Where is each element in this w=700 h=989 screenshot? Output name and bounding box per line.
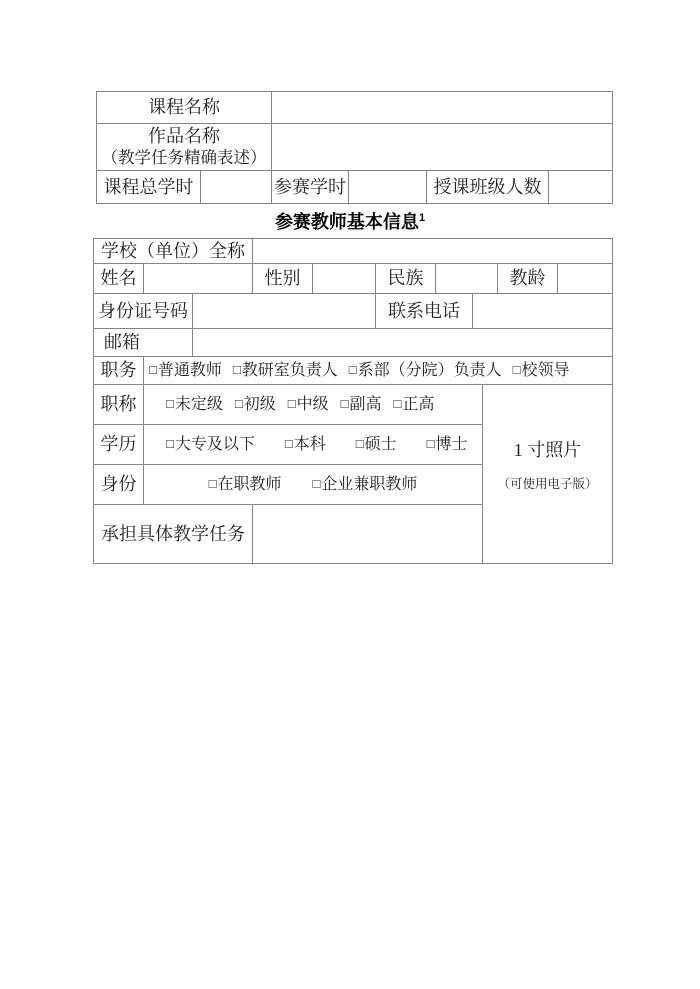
course-name-label: 课程名称 [97, 92, 272, 124]
school-label: 学校（单位）全称 [94, 239, 253, 264]
work-name-label: 作品名称 （教学任务精确表述） [97, 124, 272, 171]
photo-placeholder-cell[interactable]: 1 寸照片 （可使用电子版） [483, 385, 613, 564]
checkbox-option-label: 系部（分院）负责人 [358, 362, 502, 379]
class-size-field[interactable] [549, 171, 613, 204]
checkbox-icon: □ [356, 436, 364, 452]
checkbox-option-label: 副高 [349, 396, 381, 413]
position-checkbox-option[interactable]: □系部（分院）负责人 [349, 361, 502, 381]
teacher-info-table: 学校（单位）全称 姓名 性别 民族 教龄 身份证号码 联系电话 邮箱 职务 [93, 238, 613, 564]
teaching-years-field[interactable] [558, 264, 613, 294]
identity-options: □在职教师 □企业兼职教师 [144, 465, 483, 505]
checkbox-option-label: 硕士 [365, 436, 397, 453]
checkbox-icon: □ [149, 362, 157, 378]
teaching-task-label: 承担具体教学任务 [94, 505, 253, 564]
ethnicity-label: 民族 [376, 264, 436, 294]
identity-checkbox-option[interactable]: □企业兼职教师 [313, 475, 418, 495]
checkbox-icon: □ [166, 436, 174, 452]
phone-field[interactable] [473, 294, 613, 329]
position-options: □普通教师 □教研室负责人 □系部（分院）负责人 □校领导 [144, 357, 613, 385]
email-field[interactable] [193, 329, 613, 357]
course-name-field[interactable] [272, 92, 613, 124]
work-name-field[interactable] [272, 124, 613, 171]
checkbox-icon: □ [394, 396, 402, 412]
teaching-years-label: 教龄 [498, 264, 558, 294]
education-checkbox-option[interactable]: □本科 [285, 435, 326, 455]
checkbox-option-label: 本科 [294, 436, 326, 453]
checkbox-icon: □ [349, 362, 357, 378]
checkbox-icon: □ [313, 476, 321, 492]
total-hours-label: 课程总学时 [97, 171, 201, 204]
section-title: 参赛教师基本信息1 [0, 208, 700, 234]
work-name-label-line1: 作品名称 [97, 125, 271, 148]
course-info-table: 课程名称 作品名称 （教学任务精确表述） 课程总学时 参赛学时 授课班级人数 [96, 91, 613, 204]
professional-title-label: 职称 [94, 385, 144, 425]
checkbox-icon: □ [235, 396, 243, 412]
checkbox-option-label: 大专及以下 [175, 436, 255, 453]
education-checkbox-option[interactable]: □硕士 [356, 435, 397, 455]
email-label: 邮箱 [94, 329, 193, 357]
checkbox-icon: □ [427, 436, 435, 452]
professional-title-checkbox-option[interactable]: □副高 [341, 395, 382, 415]
position-checkbox-option[interactable]: □校领导 [513, 361, 570, 381]
name-field[interactable] [144, 264, 253, 294]
education-label: 学历 [94, 425, 144, 465]
checkbox-icon: □ [341, 396, 349, 412]
id-number-field[interactable] [193, 294, 376, 329]
gender-label: 性别 [253, 264, 313, 294]
checkbox-option-label: 企业兼职教师 [321, 476, 417, 493]
professional-title-checkbox-option[interactable]: □未定级 [166, 395, 223, 415]
position-label: 职务 [94, 357, 144, 385]
checkbox-option-label: 校领导 [521, 362, 569, 379]
competition-hours-label: 参赛学时 [272, 171, 349, 204]
professional-title-checkbox-option[interactable]: □初级 [235, 395, 276, 415]
document-page: 课程名称 作品名称 （教学任务精确表述） 课程总学时 参赛学时 授课班级人数 参… [0, 0, 700, 989]
checkbox-icon: □ [513, 362, 521, 378]
education-options: □大专及以下 □本科 □硕士 □博士 [144, 425, 483, 465]
phone-label: 联系电话 [376, 294, 473, 329]
checkbox-icon: □ [166, 396, 174, 412]
checkbox-icon: □ [288, 396, 296, 412]
school-field[interactable] [253, 239, 613, 264]
professional-title-options: □未定级 □初级 □中级 □副高 □正高 [144, 385, 483, 425]
ethnicity-field[interactable] [436, 264, 498, 294]
checkbox-option-label: 正高 [402, 396, 434, 413]
checkbox-option-label: 在职教师 [217, 476, 281, 493]
position-checkbox-option[interactable]: □教研室负责人 [233, 361, 338, 381]
checkbox-icon: □ [285, 436, 293, 452]
checkbox-option-label: 初级 [244, 396, 276, 413]
position-checkbox-option[interactable]: □普通教师 [149, 361, 222, 381]
class-size-label: 授课班级人数 [427, 171, 549, 204]
checkbox-option-label: 博士 [435, 436, 467, 453]
identity-label: 身份 [94, 465, 144, 505]
identity-checkbox-option[interactable]: □在职教师 [209, 475, 282, 495]
checkbox-icon: □ [209, 476, 217, 492]
name-label: 姓名 [94, 264, 144, 294]
photo-label: 1 寸照片 [514, 439, 582, 462]
competition-hours-field[interactable] [349, 171, 427, 204]
checkbox-option-label: 教研室负责人 [242, 362, 338, 379]
checkbox-option-label: 中级 [297, 396, 329, 413]
education-checkbox-option[interactable]: □博士 [427, 435, 468, 455]
section-title-footnote-marker: 1 [419, 212, 425, 224]
checkbox-option-label: 普通教师 [158, 362, 222, 379]
education-checkbox-option[interactable]: □大专及以下 [166, 435, 255, 455]
id-number-label: 身份证号码 [94, 294, 193, 329]
section-title-text: 参赛教师基本信息 [275, 212, 419, 232]
professional-title-checkbox-option[interactable]: □中级 [288, 395, 329, 415]
total-hours-field[interactable] [201, 171, 272, 204]
teaching-task-field[interactable] [253, 505, 483, 564]
checkbox-option-label: 未定级 [175, 396, 223, 413]
gender-field[interactable] [313, 264, 376, 294]
photo-note: （可使用电子版） [498, 477, 598, 493]
work-name-label-line2: （教学任务精确表述） [97, 148, 271, 169]
checkbox-icon: □ [233, 362, 241, 378]
professional-title-checkbox-option[interactable]: □正高 [394, 395, 435, 415]
